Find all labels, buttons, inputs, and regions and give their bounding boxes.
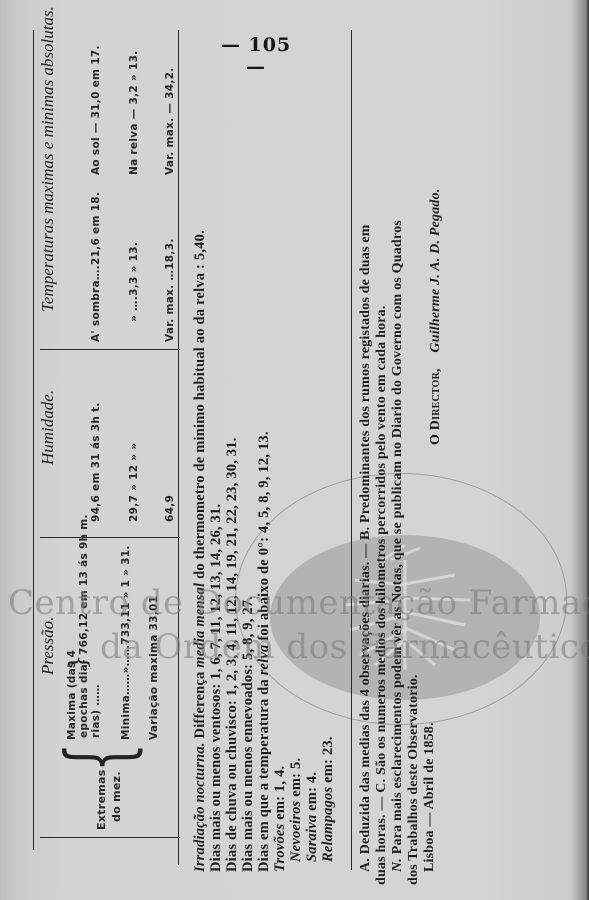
header-humidity: Humidade.: [38, 390, 58, 465]
humidity-variation: 64,9: [164, 495, 176, 522]
row-label-line2: do mez.: [110, 771, 123, 822]
column-divider: [40, 537, 180, 538]
note-line-1: A. Deduzida das medias das 4 observações…: [358, 224, 374, 872]
brace-icon: {: [54, 743, 141, 772]
top-rule: [33, 30, 34, 850]
header-pressure: Pressão.: [38, 617, 58, 675]
body-line-hail: Saraiva em: 4.: [305, 772, 321, 862]
column-divider: [40, 349, 180, 350]
temp-sun-max: Ao sol — 31,0 em 17.: [90, 45, 102, 175]
pressure-max-label-2: epochas dia-: [78, 659, 90, 738]
humidity-max: 94,6 em 31 ás 3h t.: [90, 402, 102, 522]
note-line-3: N. Para mais esclarecimentos podem vêr a…: [390, 220, 406, 872]
temp-shade-min: » ….3,3 » 13.: [128, 242, 140, 322]
row-label-line1: Extremas: [95, 769, 108, 830]
notes-top-rule: [351, 30, 352, 870]
note-date: Lisboa — Abril de 1858.: [422, 722, 438, 872]
director-signature: O Director, Guilherme J. A. D. Pegado.: [428, 188, 444, 445]
column-divider: [40, 837, 180, 838]
body-line-fog: Nevoeiros em: 5.: [289, 758, 305, 862]
body-line-thunder: Trovões em: 1, 4.: [273, 766, 289, 872]
temp-sun-var: Var. max. — 34,2.: [164, 67, 176, 175]
temp-grass-min: Na relva — 3,2 » 13.: [128, 51, 140, 175]
body-line-windy-days: Dias mais ou menos ventosos: 1, 6, 7, 11…: [209, 504, 225, 872]
brace-small-icon: }: [66, 655, 90, 670]
body-line-lightning: Relampagos em: 23.: [321, 736, 337, 862]
body-line-irradiation: Irradiação nocturna. Differença media me…: [193, 230, 209, 872]
watermark-line-1: Centro de Documentação Farmacêutica: [8, 583, 589, 623]
note-line-4: dos Trabalhos deste Observatorio.: [406, 674, 422, 885]
humidity-min: 29,7 » 12 » »: [128, 443, 140, 522]
rotated-content: Pressão. Humidade. Temperaturas maximas …: [0, 0, 589, 900]
watermark-line-2: da Ordem dos Farmacêuticos: [100, 627, 589, 667]
document-page: — 105 — Pressão. Humidade. Temperaturas …: [0, 0, 589, 900]
header-temperature: Temperaturas maximas e minimas absolutas…: [38, 6, 58, 312]
temp-shade-max: A' sombra….21,6 em 18.: [90, 192, 102, 342]
table-bottom-rule: [178, 30, 179, 865]
temp-shade-var: Var. max. …18,3.: [164, 238, 176, 342]
pressure-max-label-3: rias) ……: [90, 684, 102, 738]
